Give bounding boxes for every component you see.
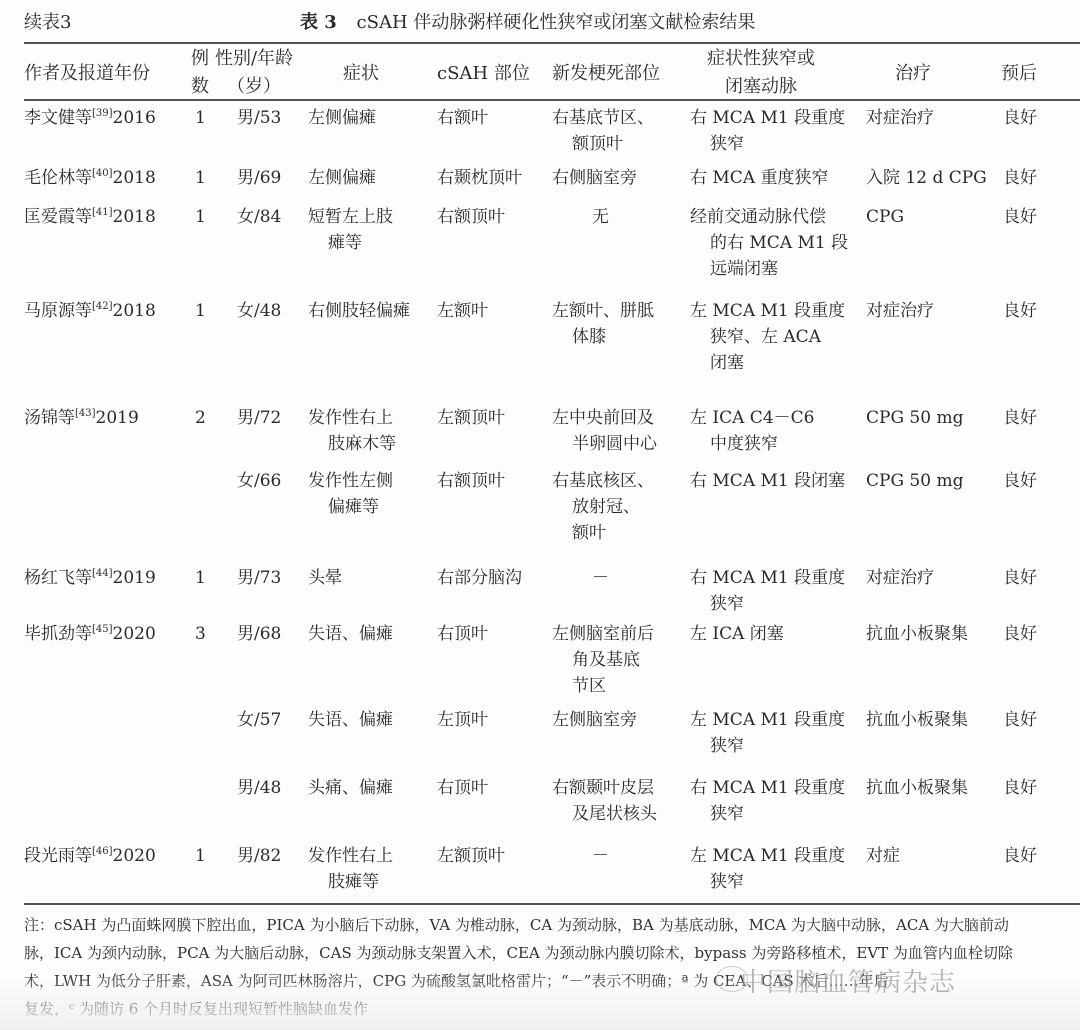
top-rule bbox=[24, 42, 1080, 44]
cell-author: 杨红飞等[44]2019 bbox=[24, 565, 156, 591]
header-symptom: 症状 bbox=[343, 60, 379, 87]
cell-artery: 左 ICA C4－C6中度狭窄 bbox=[690, 405, 814, 457]
cell-artery: 左 MCA M1 段重度狭窄、左 ACA闭塞 bbox=[690, 298, 845, 376]
cell-csah-site: 左额叶 bbox=[437, 298, 488, 324]
cell-treatment: 对症治疗 bbox=[866, 565, 934, 591]
cell-symptom: 左侧偏瘫 bbox=[308, 165, 376, 191]
cell-sex-age: 男/53 bbox=[237, 105, 281, 131]
header-sex-age: 性别/年龄（岁） bbox=[215, 45, 293, 101]
cell-csah-site: 右顶叶 bbox=[437, 621, 488, 647]
cell-prognosis: 良好 bbox=[1003, 775, 1037, 801]
cell-infarct-site: 右额颞叶皮层及尾状核头 bbox=[552, 775, 657, 827]
header-csah: cSAH 部位 bbox=[437, 60, 530, 87]
cell-csah-site: 右颞枕顶叶 bbox=[437, 165, 522, 191]
cell-csah-site: 右部分脑沟 bbox=[437, 565, 522, 591]
cell-symptom: 发作性右上肢麻木等 bbox=[308, 405, 396, 457]
table-label: 表 3 bbox=[300, 12, 337, 33]
header-rule bbox=[24, 99, 1080, 101]
cell-sex-age: 男/69 bbox=[237, 165, 281, 191]
cell-prognosis: 良好 bbox=[1003, 204, 1037, 230]
cell-cases: 1 bbox=[195, 843, 206, 869]
cell-infarct-site: 左中央前回及半卵圆中心 bbox=[552, 405, 657, 457]
cell-treatment: 入院 12 d CPG bbox=[866, 165, 987, 191]
cell-infarct-site: 左侧脑室前后角及基底节区 bbox=[552, 621, 654, 699]
cell-treatment: CPG 50 mg bbox=[866, 405, 963, 431]
cell-infarct-site: 左侧脑室旁 bbox=[552, 707, 637, 733]
header-prognosis: 预后 bbox=[1001, 60, 1037, 87]
reference-link[interactable]: [39] bbox=[92, 108, 113, 119]
cell-prognosis: 良好 bbox=[1003, 621, 1037, 647]
cell-infarct-site: － bbox=[592, 843, 609, 869]
cell-infarct-site: 左额叶、胼胝体膝 bbox=[552, 298, 654, 350]
cell-csah-site: 左额顶叶 bbox=[437, 843, 505, 869]
cell-symptom: 左侧偏瘫 bbox=[308, 105, 376, 131]
cell-treatment: CPG bbox=[866, 204, 904, 230]
cell-artery: 右 MCA M1 段闭塞 bbox=[690, 468, 845, 494]
cell-author: 马原源等[42]2018 bbox=[24, 298, 156, 324]
header-artery: 症状性狭窄或闭塞动脉 bbox=[707, 45, 815, 101]
cell-sex-age: 女/57 bbox=[237, 707, 281, 733]
cell-csah-site: 右额叶 bbox=[437, 105, 488, 131]
cell-artery: 经前交通动脉代偿的右 MCA M1 段远端闭塞 bbox=[690, 204, 848, 282]
cell-prognosis: 良好 bbox=[1003, 298, 1037, 324]
cell-csah-site: 左额顶叶 bbox=[437, 405, 505, 431]
cell-symptom: 发作性右上肢瘫等 bbox=[308, 843, 393, 895]
reference-link[interactable]: [40] bbox=[92, 168, 113, 179]
cell-cases: 1 bbox=[195, 165, 206, 191]
cell-infarct-site: 无 bbox=[592, 204, 609, 230]
cell-author: 李文健等[39]2016 bbox=[24, 105, 156, 131]
cell-cases: 1 bbox=[195, 204, 206, 230]
cell-csah-site: 左顶叶 bbox=[437, 707, 488, 733]
cell-artery: 右 MCA M1 段重度狭窄 bbox=[690, 105, 845, 157]
cell-cases: 1 bbox=[195, 565, 206, 591]
cell-sex-age: 女/66 bbox=[237, 468, 281, 494]
header-treatment: 治疗 bbox=[895, 60, 931, 87]
cell-artery: 左 ICA 闭塞 bbox=[690, 621, 784, 647]
cell-sex-age: 男/73 bbox=[237, 565, 281, 591]
cell-prognosis: 良好 bbox=[1003, 405, 1037, 431]
cell-csah-site: 右顶叶 bbox=[437, 775, 488, 801]
cell-prognosis: 良好 bbox=[1003, 105, 1037, 131]
cell-symptom: 失语、偏瘫 bbox=[308, 707, 393, 733]
cell-treatment: 对症治疗 bbox=[866, 298, 934, 324]
reference-link[interactable]: [42] bbox=[92, 301, 113, 312]
cell-treatment: 抗血小板聚集 bbox=[866, 621, 968, 647]
cell-prognosis: 良好 bbox=[1003, 843, 1037, 869]
watermark: 中国脑血管病杂志 bbox=[740, 962, 956, 999]
cell-author: 毛伦林等[40]2018 bbox=[24, 165, 156, 191]
header-cases: 例数 bbox=[191, 45, 209, 101]
cell-prognosis: 良好 bbox=[1003, 165, 1037, 191]
cell-treatment: 抗血小板聚集 bbox=[866, 775, 968, 801]
cell-csah-site: 右额顶叶 bbox=[437, 468, 505, 494]
cell-infarct-site: 右基底节区、额顶叶 bbox=[552, 105, 654, 157]
header-infarct: 新发梗死部位 bbox=[552, 60, 660, 87]
cell-artery: 右 MCA M1 段重度狭窄 bbox=[690, 565, 845, 617]
cell-treatment: 对症 bbox=[866, 843, 900, 869]
cell-treatment: 抗血小板聚集 bbox=[866, 707, 968, 733]
cell-artery: 左 MCA M1 段重度狭窄 bbox=[690, 843, 845, 895]
cell-author: 毕抓劲等[45]2020 bbox=[24, 621, 156, 647]
cell-artery: 左 MCA M1 段重度狭窄 bbox=[690, 707, 845, 759]
reference-link[interactable]: [46] bbox=[92, 846, 113, 857]
cell-symptom: 短暂左上肢瘫等 bbox=[308, 204, 393, 256]
bottom-rule bbox=[24, 903, 1080, 905]
cell-infarct-site: － bbox=[592, 565, 609, 591]
note-line-1: 注：cSAH 为凸面蛛网膜下腔出血，PICA 为小脑后下动脉，VA 为椎动脉，C… bbox=[24, 911, 1064, 940]
cell-author: 匡爱霞等[41]2018 bbox=[24, 204, 156, 230]
cell-csah-site: 右额顶叶 bbox=[437, 204, 505, 230]
cell-prognosis: 良好 bbox=[1003, 565, 1037, 591]
cell-infarct-site: 右基底核区、放射冠、额叶 bbox=[552, 468, 654, 546]
continued-label: 续表3 bbox=[24, 8, 71, 34]
cell-infarct-site: 右侧脑室旁 bbox=[552, 165, 637, 191]
cell-symptom: 失语、偏瘫 bbox=[308, 621, 393, 647]
cell-sex-age: 男/68 bbox=[237, 621, 281, 647]
cell-author: 汤锦等[43]2019 bbox=[24, 405, 139, 431]
cell-artery: 右 MCA M1 段重度狭窄 bbox=[690, 775, 845, 827]
cell-sex-age: 女/48 bbox=[237, 298, 281, 324]
reference-link[interactable]: [45] bbox=[92, 624, 113, 635]
cell-sex-age: 男/72 bbox=[237, 405, 281, 431]
cell-symptom: 头痛、偏瘫 bbox=[308, 775, 393, 801]
cell-treatment: 对症治疗 bbox=[866, 105, 934, 131]
reference-link[interactable]: [44] bbox=[92, 568, 113, 579]
cell-author: 段光雨等[46]2020 bbox=[24, 843, 156, 869]
cell-cases: 1 bbox=[195, 298, 206, 324]
cell-symptom: 头晕 bbox=[308, 565, 342, 591]
cell-treatment: CPG 50 mg bbox=[866, 468, 963, 494]
cell-artery: 右 MCA 重度狭窄 bbox=[690, 165, 829, 191]
reference-link[interactable]: [43] bbox=[75, 408, 96, 419]
cell-cases: 2 bbox=[195, 405, 206, 431]
cell-cases: 3 bbox=[195, 621, 206, 647]
header-author: 作者及报道年份 bbox=[24, 60, 150, 87]
cell-prognosis: 良好 bbox=[1003, 468, 1037, 494]
cell-sex-age: 男/82 bbox=[237, 843, 281, 869]
table-title: cSAH 伴动脉粥样硬化性狭窄或闭塞文献检索结果 bbox=[357, 12, 756, 33]
cell-prognosis: 良好 bbox=[1003, 707, 1037, 733]
reference-link[interactable]: [41] bbox=[92, 207, 113, 218]
cell-cases: 1 bbox=[195, 105, 206, 131]
cell-symptom: 发作性左侧偏瘫等 bbox=[308, 468, 393, 520]
cell-sex-age: 男/48 bbox=[237, 775, 281, 801]
cell-sex-age: 女/84 bbox=[237, 204, 281, 230]
cell-symptom: 右侧肢轻偏瘫 bbox=[308, 298, 410, 324]
table-caption: 表 3 cSAH 伴动脉粥样硬化性狭窄或闭塞文献检索结果 bbox=[300, 8, 755, 34]
